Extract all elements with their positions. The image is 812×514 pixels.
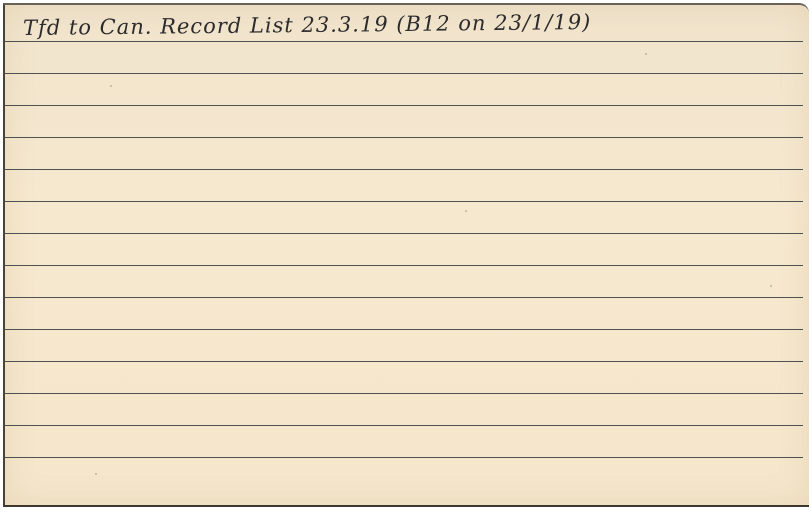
record-card: Tfd to Can. Record List 23.3.19 (B12 on …	[3, 3, 809, 507]
ruled-line	[5, 137, 803, 138]
ruled-line	[5, 393, 803, 394]
ruled-line	[5, 73, 803, 74]
ruled-line	[5, 329, 803, 330]
paper-speck	[110, 85, 112, 87]
ruled-line	[5, 425, 803, 426]
ruled-line	[5, 361, 803, 362]
paper-speck	[465, 210, 467, 212]
ruled-line	[5, 457, 803, 458]
ruled-line	[5, 297, 803, 298]
ruled-line	[5, 201, 803, 202]
paper-speck	[95, 473, 97, 475]
ruled-line	[5, 233, 803, 234]
ruled-line	[5, 265, 803, 266]
handwritten-note: Tfd to Can. Record List 23.3.19 (B12 on …	[23, 10, 592, 40]
ruled-line	[5, 105, 803, 106]
ruled-line	[5, 41, 803, 42]
paper-speck	[645, 53, 647, 55]
paper-speck	[770, 285, 772, 287]
ruled-line	[5, 169, 803, 170]
paper-speck	[310, 27, 312, 29]
